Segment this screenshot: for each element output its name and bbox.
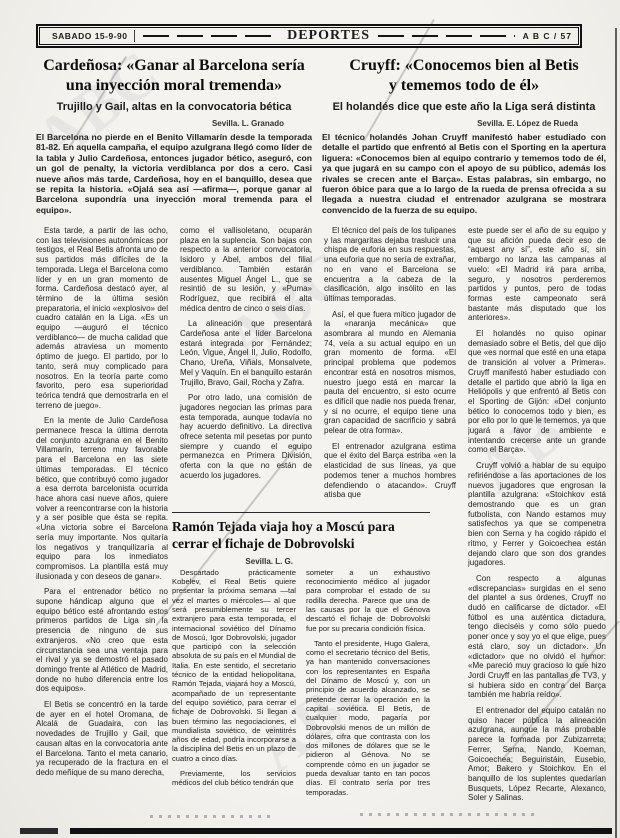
body-paragraph: Cruyff volvió a hablar de su equipo refi… bbox=[468, 461, 606, 568]
body-paragraph: El holandés no quiso opinar demasiado so… bbox=[468, 329, 606, 455]
body-paragraph: Previamente, los servicios médicos del c… bbox=[172, 769, 296, 788]
body-paragraph: Con respecto a algunas «discrepancias» s… bbox=[468, 574, 606, 700]
body-paragraph: Por otro lado, una comisión de jugadores… bbox=[180, 393, 312, 480]
cruyff-column-1: El técnico del país de los tulipanes y l… bbox=[324, 226, 456, 510]
article-cardenosa-header: Cardeñosa: «Ganar al Barcelona sería una… bbox=[36, 56, 312, 224]
headline-line: Cruyff: «Conocemos bien al Betis bbox=[322, 56, 606, 76]
tejada-column-1: Descartado prácticamente Kobelev, el Rea… bbox=[172, 568, 296, 803]
tejada-columns: Descartado prácticamente Kobelev, el Rea… bbox=[172, 568, 430, 803]
cardenosa-column-1: Esta tarde, a partir de las ocho, con la… bbox=[36, 226, 168, 808]
masthead-rule bbox=[143, 35, 280, 37]
body-paragraph: El técnico del país de los tulipanes y l… bbox=[324, 226, 456, 304]
headline-tejada: Ramón Tejada viaja hoy a Moscú para cerr… bbox=[172, 519, 430, 553]
body-paragraph: Descartado prácticamente Kobelev, el Rea… bbox=[172, 568, 296, 763]
body-paragraph: Así, el que fuera mítico jugador de la «… bbox=[324, 310, 456, 436]
body-paragraph: someter a un exhaustivo reconocimiento m… bbox=[306, 568, 430, 633]
section-title: DEPORTES bbox=[287, 28, 370, 44]
body-paragraph: El entrenador del equipo catalán no quis… bbox=[468, 706, 606, 803]
cruyff-column-2: este puede ser el año de su equipo y que… bbox=[468, 226, 606, 810]
page-number: A B C / 57 bbox=[523, 31, 572, 41]
byline-tejada: Sevilla. L. G. bbox=[172, 557, 301, 566]
lead-cardenosa: El Barcelona no pierde en el Benito Vill… bbox=[36, 132, 312, 215]
scan-edge bbox=[615, 28, 617, 838]
headline-cruyff: Cruyff: «Conocemos bien al Betis y temem… bbox=[322, 56, 606, 96]
body-paragraph: Tanto el presidente, Hugo Galera, como e… bbox=[306, 639, 430, 797]
headline-line: Cardeñosa: «Ganar al Barcelona sería bbox=[36, 56, 312, 76]
headline-line: cerrar el fichaje de Dobrovolski bbox=[172, 536, 430, 553]
byline-cruyff: Sevilla. E. López de Rueda bbox=[322, 119, 606, 128]
cardenosa-column-2: como el vallisoletano, ocuparán plaza en… bbox=[180, 226, 312, 510]
body-paragraph: Esta tarde, a partir de las ocho, con la… bbox=[36, 226, 168, 410]
body-paragraph: El Betis se concentró en la tarde de aye… bbox=[36, 700, 168, 778]
article-cruyff-header: Cruyff: «Conocemos bien al Betis y temem… bbox=[322, 56, 606, 224]
body-paragraph: El entrenador azulgrana estima que el éx… bbox=[324, 442, 456, 500]
article-tejada-box: Ramón Tejada viaja hoy a Moscú para cerr… bbox=[172, 512, 430, 812]
body-paragraph: La alineación que presentará Cardeñosa a… bbox=[180, 319, 312, 387]
newspaper-page: ABC ABC ABC ABC SABADO 15-9-90 DEPORTES … bbox=[0, 0, 620, 838]
headline-cardenosa: Cardeñosa: «Ganar al Barcelona sería una… bbox=[36, 56, 312, 96]
scan-noise bbox=[150, 815, 270, 818]
tejada-column-2: someter a un exhaustivo reconocimiento m… bbox=[306, 568, 430, 803]
lead-cruyff: El técnico holandés Johan Cruyff manifes… bbox=[322, 132, 606, 215]
headline-line: Ramón Tejada viaja hoy a Moscú para bbox=[172, 519, 430, 536]
scan-bottom-bar bbox=[70, 828, 612, 834]
scan-noise bbox=[360, 813, 540, 816]
scan-bottom-bar bbox=[20, 828, 58, 834]
masthead: SABADO 15-9-90 DEPORTES A B C / 57 bbox=[36, 24, 582, 48]
masthead-rule bbox=[378, 35, 515, 37]
headline-line: y tememos todo de él» bbox=[322, 76, 606, 96]
body-paragraph: como el vallisoletano, ocuparán plaza en… bbox=[180, 226, 312, 313]
subhead-cardenosa: Trujillo y Gail, altas en la convocatori… bbox=[36, 101, 312, 113]
body-paragraph: Para el entrenador bético no supone hánd… bbox=[36, 587, 168, 694]
byline-cardenosa: Sevilla. L. Granado bbox=[36, 119, 312, 128]
body-paragraph: este puede ser el año de su equipo y que… bbox=[468, 226, 606, 323]
date-label: SABADO 15-9-90 bbox=[46, 30, 135, 42]
subhead-cruyff: El holandés dice que este año la Liga se… bbox=[322, 101, 606, 113]
body-paragraph: En la mente de Julio Cardeñosa permanece… bbox=[36, 416, 168, 581]
headline-line: una inyección moral tremenda» bbox=[36, 76, 312, 96]
